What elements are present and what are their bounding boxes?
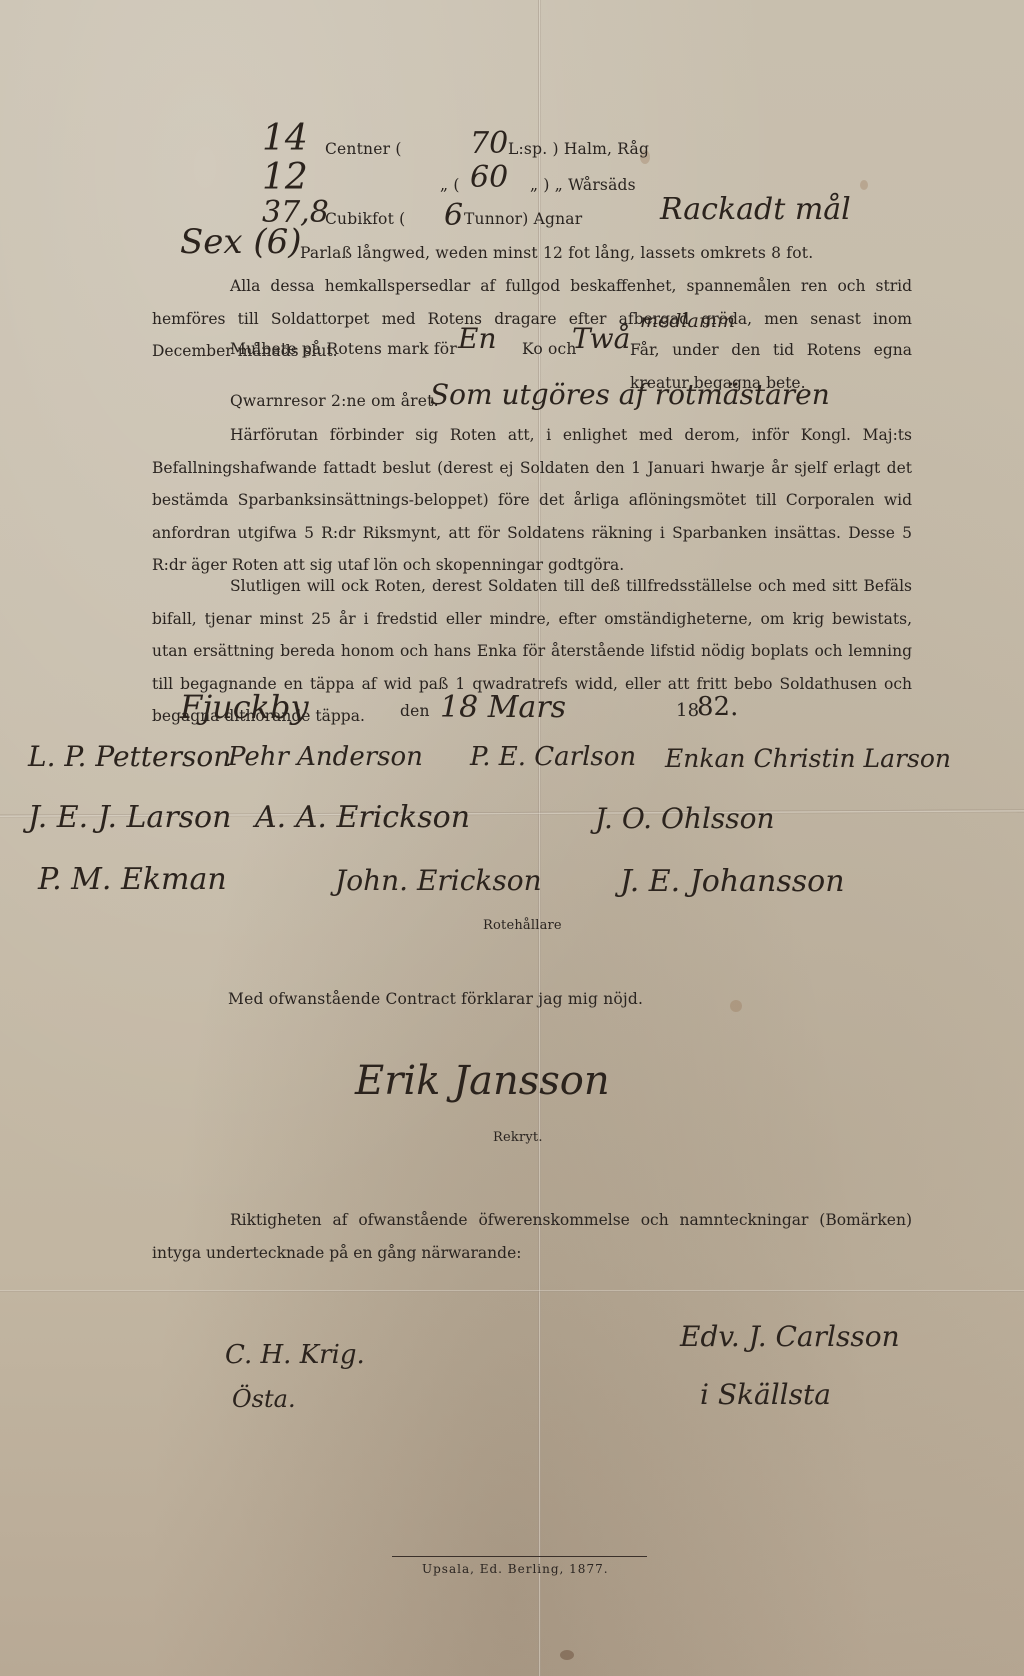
paragraph-text: Härförutan förbinder sig Roten att, i en… [152,426,912,574]
printer-imprint: Upsala, Ed. Berling, 1877. [422,1562,609,1576]
provision-sub-unit: Tunnor) Agnar [464,210,582,228]
provision-unit: Centner ( [325,140,402,158]
dateline-year-printed: 18 [676,700,699,721]
witness-signature-right: Edv. J. Carlsson [680,1320,900,1353]
dateline-den: den [400,702,430,720]
hand-qty-wood: Sex (6) [180,222,302,262]
hand-qty-halm: 14 [262,118,308,159]
provision-wood-text: Parlaß långwed, weden minst 12 fot lång,… [300,244,813,262]
imprint-rule [392,1556,647,1557]
hand-pasture-cow: En [458,322,496,355]
provision-sub-unit: „ ) „ Wårsäds [530,176,636,194]
signature-rotehallare: P. E. Carlson [470,742,636,772]
signature-rotehallare: A. A. Erickson [255,800,470,835]
document-page: 14 Centner ( 70 L:sp. ) Halm, Råg 12 „ (… [0,0,1024,1676]
signature-rotehallare: L. P. Petterson [28,740,231,773]
signature-rotehallare: J. O. Ohlsson [595,802,775,835]
hand-mill-trips: Som utgöres af rotmästaren [430,378,830,411]
stain [560,1650,574,1660]
signature-rotehallare: J. E. J. Larson [28,800,231,835]
rotehallare-label: Rotehållare [483,918,562,933]
witness-signature-left: C. H. Krig. [225,1340,365,1370]
pasture-pre: Mulbete på Rotens mark för [230,340,457,358]
hand-year: 82. [697,692,738,722]
hand-pasture-sheep: Twå [572,322,630,355]
hand-sub-agnar: 6 [444,198,463,233]
horizontal-fold-crease-lower [0,1290,1024,1292]
paragraph-text: Riktigheten af ofwanstående öfwerenskomm… [152,1211,912,1262]
witness-signature-left-place: Östa. [232,1385,296,1413]
hand-date: 18 Mars [440,690,566,725]
recruit-label: Rekryt. [493,1130,543,1145]
hand-sub-warsad: 60 [470,160,508,195]
stain [730,1000,742,1012]
provision-unit: „ ( [440,176,460,194]
hand-note-agnar: Rackadt mål [660,192,851,227]
provision-sub-unit: L:sp. ) Halm, Råg [508,140,649,158]
stain [860,180,868,190]
signature-rotehallare: J. E. Johansson [620,864,845,899]
pasture-mid: Ko och [522,340,577,358]
recruit-signature: Erik Jansson [355,1058,610,1104]
recruit-statement: Med ofwanstående Contract förklarar jag … [228,990,643,1008]
hand-qty-warsad: 12 [262,157,308,198]
witness-signature-right-place: i Skällsta [700,1378,831,1411]
mill-trips-pre: Qwarnresor 2:ne om året. [230,392,439,410]
hand-pasture-above: medlamm [640,310,735,332]
paragraph-savings-bank: Härförutan förbinder sig Roten att, i en… [152,419,912,582]
signature-rotehallare: Enkan Christin Larson [665,744,951,773]
signature-rotehallare: Pehr Anderson [228,742,423,772]
hand-place: Fjuckby [180,688,309,726]
hand-sub-halm: 70 [470,126,508,161]
witness-statement: Riktigheten af ofwanstående öfwerenskomm… [152,1204,912,1269]
provision-unit: Cubikfot ( [325,210,405,228]
signature-rotehallare: John. Erickson [335,864,542,897]
signature-rotehallare: P. M. Ekman [38,862,227,897]
